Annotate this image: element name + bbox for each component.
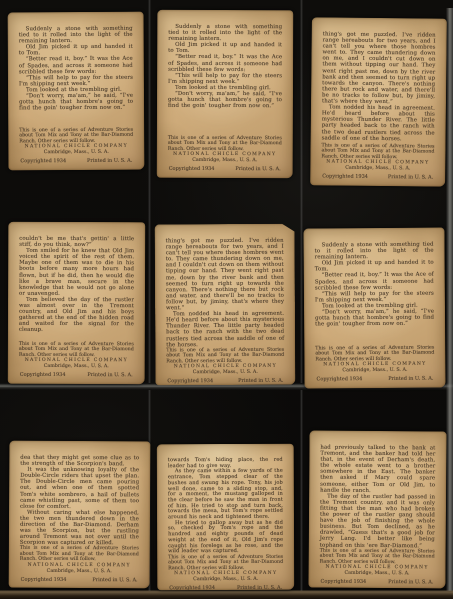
story-paragraph: Suddenly a stone with something tied to … [315, 242, 434, 261]
card-footer: This is one of a series of Adventure Sto… [166, 347, 284, 384]
story-text: thing's got me puzzled. I've ridden rang… [322, 31, 436, 142]
trading-card-back-6: Suddenly a stone with something tied to … [303, 228, 445, 389]
copyright-row: Copyrighted 1934 Printed in U. S. A. [319, 579, 434, 586]
card-album-sheet: Suddenly a stone with something tied to … [0, 0, 453, 599]
copyright-notice: Copyrighted 1934 [20, 158, 66, 164]
copyright-row: Copyrighted 1934 Printed in U. S. A. [19, 372, 134, 378]
copyright-row: Copyrighted 1934 Printed in U. S. A. [168, 585, 283, 590]
story-paragraph: The day of the rustler had passed in the… [320, 493, 435, 549]
company-name: NATIONAL CHICLE COMPANY [20, 563, 139, 569]
trading-card-back-4: couldn't be me that's gettin' a little s… [8, 222, 146, 384]
story-text: Suddenly a stone with something tied to … [315, 242, 435, 328]
copyright-row: Copyrighted 1934 Printed in U. S. A. [166, 378, 284, 385]
printed-notice: Printed in U. S. A. [237, 585, 282, 590]
story-paragraph: Tom nodded his head in agreement. He'd h… [322, 105, 435, 143]
card-footer: This is one of a series of Adventure Sto… [168, 555, 283, 590]
copyright-row: Copyrighted 1934 Printed in U. S. A. [168, 166, 282, 172]
company-address: Cambridge, Mass., U. S. A. [19, 149, 133, 155]
story-paragraph: He tried to gallop away but as he did so… [168, 521, 283, 556]
series-note: This is one of a series of Adventure Sto… [166, 347, 284, 364]
story-text: towards Tom's hiding place, the red lead… [168, 458, 283, 555]
company-address: Cambridge, Mass., U. S. A. [315, 367, 434, 373]
printed-notice: Printed in U. S. A. [388, 174, 433, 180]
company-name: NATIONAL CHICLE COMPANY [19, 358, 134, 364]
company-address: Cambridge, Mass., U. S. A. [20, 568, 139, 574]
series-note: This is one of a series of Adventure Sto… [19, 127, 133, 144]
copyright-notice: Copyrighted 1934 [320, 579, 366, 585]
trading-card-back-8: towards Tom's hiding place, the red lead… [157, 444, 295, 590]
series-note: This is one of a series of Adventure Sto… [315, 345, 434, 362]
sheet-bottom-edge [0, 590, 453, 599]
story-paragraph: Without caring what else happened, the t… [20, 510, 139, 547]
copyright-notice: Copyrighted 1934 [169, 585, 215, 590]
copyright-notice: Copyrighted 1934 [21, 577, 67, 583]
story-paragraph: “This will help to pay for the steers I'… [315, 290, 434, 303]
printed-notice: Printed in U. S. A. [388, 579, 433, 585]
story-text: Suddenly a stone with something tied to … [168, 24, 282, 110]
story-paragraph: Tom nodded his head in agreement. He'd h… [166, 311, 284, 348]
company-address: Cambridge, Mass., U. S. A. [166, 369, 284, 375]
story-paragraph: dea that they might get some clue as to … [20, 455, 139, 468]
story-paragraph: “Better read it, boy.” It was the Ace of… [315, 272, 434, 291]
card-footer: This is one of a series of Adventure Sto… [319, 548, 434, 585]
story-paragraph: “This will help to pay for the steers I'… [168, 73, 282, 86]
story-text: couldn't be me that's gettin' a little s… [19, 236, 134, 334]
company-name: NATIONAL CHICLE COMPANY [19, 144, 133, 150]
company-address: Cambridge, Mass., U. S. A. [168, 577, 283, 583]
copyright-notice: Copyrighted 1934 [316, 376, 362, 382]
copyright-notice: Copyrighted 1934 [169, 166, 215, 172]
printed-notice: Printed in U. S. A. [388, 376, 433, 382]
trading-card-back-3: thing's got me puzzled. I've ridden rang… [310, 17, 447, 186]
story-paragraph: thing's got me puzzled. I've ridden rang… [166, 238, 284, 312]
trading-card-back-7: dea that they might get some clue as to … [9, 441, 151, 589]
story-paragraph: “Don't worry, ma'am,” he said, “I've got… [168, 91, 282, 110]
company-address: Cambridge, Mass., U. S. A. [19, 363, 134, 369]
story-paragraph: Tom believed the day of the rustler was … [19, 297, 134, 334]
card-footer: This is one of a series of Adventure Sto… [321, 143, 434, 181]
company-address: Cambridge, Mass., U. S. A. [168, 157, 282, 163]
trading-card-back-9: had previously talked to the bank at Tre… [308, 431, 446, 589]
card-footer: This is one of a series of Adventure Sto… [20, 546, 139, 583]
story-text: had previously talked to the bank at Tre… [320, 445, 436, 549]
printed-notice: Printed in U. S. A. [92, 577, 137, 583]
copyright-notice: Copyrighted 1934 [167, 378, 213, 384]
copyright-row: Copyrighted 1934 Printed in U. S. A. [315, 376, 434, 383]
company-name: NATIONAL CHICLE COMPANY [168, 152, 282, 158]
story-paragraph: Suddenly a stone with something tied to … [19, 26, 133, 45]
story-paragraph: had previously talked to the bank at Tre… [320, 445, 435, 495]
story-text: Suddenly a stone with something tied to … [19, 26, 133, 112]
printed-notice: Printed in U. S. A. [235, 166, 280, 172]
story-text: dea that they might get some clue as to … [20, 455, 139, 547]
story-paragraph: “Don't worry, ma'am,” he said, “I've got… [315, 309, 434, 328]
story-paragraph: Tom smiled for he knew that Old Jim voic… [19, 248, 134, 297]
series-note: This is one of a series of Adventure Sto… [20, 546, 139, 563]
printed-notice: Printed in U. S. A. [87, 372, 132, 378]
card-footer: This is one of a series of Adventure Sto… [19, 341, 134, 378]
trading-card-back-1: Suddenly a stone with something tied to … [8, 12, 145, 171]
printed-notice: Printed in U. S. A. [87, 158, 132, 164]
story-paragraph: thing's got me puzzled. I've ridden rang… [322, 31, 436, 105]
story-text: thing's got me puzzled. I've ridden rang… [166, 238, 285, 348]
card-footer: This is one of a series of Adventure Sto… [168, 135, 282, 172]
trading-card-back-2: Suddenly a stone with something tied to … [157, 10, 294, 178]
copyright-row: Copyrighted 1934 Printed in U. S. A. [20, 577, 139, 584]
story-paragraph: Old Jim picked it up and handed it to To… [168, 42, 282, 55]
copyright-notice: Copyrighted 1934 [322, 173, 368, 179]
series-note: This is one of a series of Adventure Sto… [19, 341, 134, 358]
sheet-right-edge [446, 8, 453, 591]
trading-card-back-5: thing's got me puzzled. I've ridden rang… [155, 224, 296, 386]
series-note: This is one of a series of Adventure Sto… [320, 548, 435, 565]
printed-notice: Printed in U. S. A. [238, 378, 283, 384]
story-paragraph: “Don't worry, ma'am,” he said, “I've got… [19, 93, 133, 112]
company-address: Cambridge, Mass., U. S. A. [320, 570, 435, 576]
story-paragraph: “This will help to pay for the steers I'… [19, 74, 133, 87]
story-paragraph: “Better read it, boy.” It was the Ace of… [168, 54, 282, 73]
story-paragraph: As they came within a few yards of the e… [168, 469, 283, 521]
story-paragraph: “Better read it, boy.” It was the Ace of… [19, 56, 133, 75]
series-note: This is one of a series of Adventure Sto… [168, 555, 283, 572]
story-paragraph: It was the unknowing loyalty of the Doub… [20, 467, 139, 510]
story-paragraph: couldn't be me that's gettin' a little s… [19, 236, 134, 249]
card-footer: This is one of a series of Adventure Sto… [315, 345, 434, 382]
sheet-slot-divider [300, 0, 303, 591]
copyright-row: Copyrighted 1934 Printed in U. S. A. [19, 158, 133, 165]
copyright-notice: Copyrighted 1934 [20, 372, 66, 378]
series-note: This is one of a series of Adventure Sto… [321, 143, 434, 161]
copyright-row: Copyrighted 1934 Printed in U. S. A. [321, 173, 434, 180]
story-paragraph: Suddenly a stone with something tied to … [168, 24, 282, 43]
series-note: This is one of a series of Adventure Sto… [168, 135, 282, 152]
card-footer: This is one of a series of Adventure Sto… [19, 127, 133, 164]
